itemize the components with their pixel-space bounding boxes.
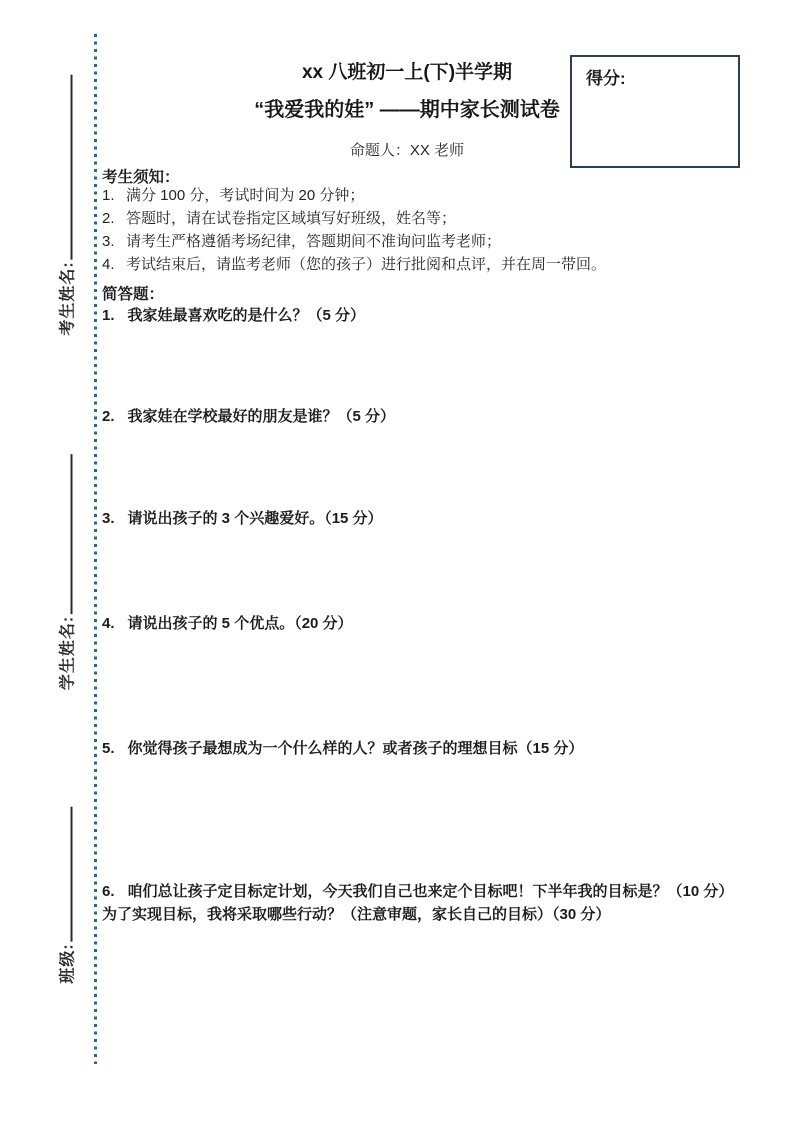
notice-item-number: 1. bbox=[102, 184, 116, 207]
question-number: 5. bbox=[102, 740, 115, 757]
exam-title-line1: xx 八班初一上(下)半学期 bbox=[102, 57, 712, 84]
blank-line bbox=[55, 74, 72, 259]
question-text: 请说出孩子的 3 个兴趣爱好。（15 分） bbox=[128, 510, 383, 527]
notice-item: 3.请考生严格遵循考场纪律，答题期间不准询问监考老师； bbox=[102, 230, 747, 253]
examiner-line: 命题人：XX 老师 bbox=[102, 139, 712, 160]
question-item: 1.我家娃最喜欢吃的是什么？（5 分） bbox=[102, 304, 747, 327]
margin-field-student-name: 学生姓名: bbox=[55, 454, 78, 690]
exam-title-line2: “我爱我的娃” ——期中家长测试卷 bbox=[102, 93, 712, 122]
margin-field-class: 班级: bbox=[55, 806, 78, 983]
blank-line bbox=[55, 454, 72, 614]
question-text: 请说出孩子的 5 个优点。（20 分） bbox=[128, 615, 353, 632]
section-title: 简答题： bbox=[102, 282, 747, 304]
notice-item-number: 2. bbox=[102, 207, 116, 230]
notice-item-number: 3. bbox=[102, 230, 116, 253]
notice-item-text: 请考生严格遵循考场纪律，答题期间不准询问监考老师； bbox=[126, 233, 501, 250]
margin-field-examinee-name: 考生姓名: bbox=[55, 74, 78, 335]
field-label: 班级: bbox=[60, 943, 77, 983]
notice-list: 1.满分 100 分，考试时间为 20 分钟； 2.答题时，请在试卷指定区域填写… bbox=[102, 184, 747, 276]
notice-item-text: 考试结束后，请监考老师（您的孩子）进行批阅和点评，并在周一带回。 bbox=[126, 256, 606, 273]
question-number: 3. bbox=[102, 510, 115, 527]
exam-page: 考生姓名: 学生姓名: 班级: 得分: xx 八班初一上(下)半学期 “我爱我的… bbox=[0, 0, 793, 1122]
field-label: 考生姓名: bbox=[60, 261, 77, 335]
notice-item: 1.满分 100 分，考试时间为 20 分钟； bbox=[102, 184, 747, 207]
notice-item: 2.答题时，请在试卷指定区域填写好班级，姓名等； bbox=[102, 207, 747, 230]
field-label: 学生姓名: bbox=[60, 616, 77, 690]
notice-item-number: 4. bbox=[102, 253, 116, 276]
question-text: 我家娃在学校最好的朋友是谁？（5 分） bbox=[128, 408, 396, 425]
question-text: 咱们总让孩子定目标定计划，今天我们自己也来定个目标吧！下半年我的目标是？（10 … bbox=[102, 883, 733, 923]
question-number: 2. bbox=[102, 408, 115, 425]
question-item: 4.请说出孩子的 5 个优点。（20 分） bbox=[102, 612, 747, 635]
notice-item-text: 满分 100 分，考试时间为 20 分钟； bbox=[126, 187, 364, 204]
question-item: 6.咱们总让孩子定目标定计划，今天我们自己也来定个目标吧！下半年我的目标是？（1… bbox=[102, 880, 747, 926]
question-text: 你觉得孩子最想成为一个什么样的人？或者孩子的理想目标（15 分） bbox=[128, 740, 584, 757]
blank-line bbox=[55, 806, 72, 941]
question-number: 4. bbox=[102, 615, 115, 632]
question-number: 6. bbox=[102, 883, 115, 900]
question-item: 3.请说出孩子的 3 个兴趣爱好。（15 分） bbox=[102, 507, 747, 530]
question-text: 我家娃最喜欢吃的是什么？（5 分） bbox=[128, 307, 366, 324]
question-item: 5.你觉得孩子最想成为一个什么样的人？或者孩子的理想目标（15 分） bbox=[102, 737, 747, 760]
question-number: 1. bbox=[102, 307, 115, 324]
notice-item: 4.考试结束后，请监考老师（您的孩子）进行批阅和点评，并在周一带回。 bbox=[102, 253, 747, 276]
notice-item-text: 答题时，请在试卷指定区域填写好班级，姓名等； bbox=[126, 210, 456, 227]
question-item: 2.我家娃在学校最好的朋友是谁？（5 分） bbox=[102, 405, 747, 428]
binding-dotted-line bbox=[94, 34, 97, 1064]
